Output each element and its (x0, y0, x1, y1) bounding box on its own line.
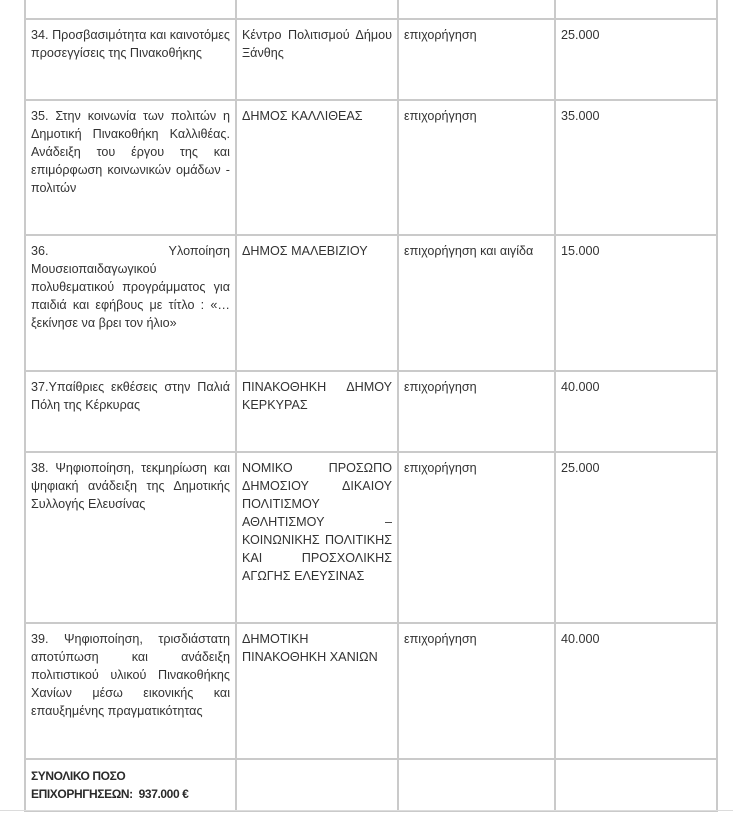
cell-support-type: επιχορήγηση (398, 623, 555, 759)
cell-beneficiary: ΠΙΝΑΚΟΘΗΚΗ ΔΗΜΟΥ ΚΕΡΚΥΡΑΣ (236, 371, 398, 452)
table-row: 37.Υπαίθριες εκθέσεις στην Παλιά Πόλη τη… (25, 371, 717, 452)
table-row: 36. Υλοποίηση Μουσειοπαιδαγωγικού πολυθε… (25, 235, 717, 371)
document-page: 34. Προσβασιμότητα και καινοτόμες προσεγ… (24, 0, 716, 812)
cell-beneficiary: ΔΗΜΟΣ ΚΑΛΛΙΘΕΑΣ (236, 100, 398, 235)
cell-beneficiary: Κέντρο Πολιτισμού Δήμου Ξάνθης (236, 19, 398, 100)
total-label-line1: ΣΥΝΟΛΙΚΟ ΠΟΣΟ (31, 767, 230, 785)
cell-support-type (398, 0, 555, 19)
cell-project: 35. Στην κοινωνία των πολιτών η Δημοτική… (25, 100, 236, 235)
cell-project: 38. Ψηφιοποίηση, τεκμηρίωση και ψηφιακή … (25, 452, 236, 623)
cell-total-label: ΣΥΝΟΛΙΚΟ ΠΟΣΟ ΕΠΙΧΟΡΗΓΗΣΕΩΝ: 937.000 € (25, 759, 236, 811)
cell-project: 34. Προσβασιμότητα και καινοτόμες προσεγ… (25, 19, 236, 100)
cell-amount: 15.000 (555, 235, 717, 371)
total-row: ΣΥΝΟΛΙΚΟ ΠΟΣΟ ΕΠΙΧΟΡΗΓΗΣΕΩΝ: 937.000 € (25, 759, 717, 811)
cell-beneficiary: ΔΗΜΟΣ ΜΑΛΕΒΙΖΙΟΥ (236, 235, 398, 371)
page-bottom-divider (0, 810, 733, 811)
cell-amount: 40.000 (555, 623, 717, 759)
cell-support-type: επιχορήγηση (398, 371, 555, 452)
cell-project: 37.Υπαίθριες εκθέσεις στην Παλιά Πόλη τη… (25, 371, 236, 452)
cell-amount: 40.000 (555, 371, 717, 452)
cell-amount: 25.000 (555, 452, 717, 623)
cell-support-type: επιχορήγηση (398, 19, 555, 100)
cell-empty (236, 759, 398, 811)
cell-beneficiary: ΔΗΜΟΤΙΚΗ ΠΙΝΑΚΟΘΗΚΗ ΧΑΝΙΩΝ (236, 623, 398, 759)
grants-table: 34. Προσβασιμότητα και καινοτόμες προσεγ… (24, 0, 718, 812)
cell-project (25, 0, 236, 19)
cell-support-type: επιχορήγηση (398, 452, 555, 623)
cell-project: 39. Ψηφιοποίηση, τρισδιάστατη αποτύπωση … (25, 623, 236, 759)
table-row: 39. Ψηφιοποίηση, τρισδιάστατη αποτύπωση … (25, 623, 717, 759)
cell-support-type: επιχορήγηση και αιγίδα (398, 235, 555, 371)
cell-empty (555, 759, 717, 811)
table-row: 38. Ψηφιοποίηση, τεκμηρίωση και ψηφιακή … (25, 452, 717, 623)
cell-amount (555, 0, 717, 19)
cell-empty (398, 759, 555, 811)
cell-beneficiary: ΝΟΜΙΚΟ ΠΡΟΣΩΠΟ ΔΗΜΟΣΙΟΥ ΔΙΚΑΙΟΥ ΠΟΛΙΤΙΣΜ… (236, 452, 398, 623)
cell-amount: 25.000 (555, 19, 717, 100)
cell-beneficiary (236, 0, 398, 19)
total-label-line2: ΕΠΙΧΟΡΗΓΗΣΕΩΝ: 937.000 € (31, 785, 230, 803)
table-row: 34. Προσβασιμότητα και καινοτόμες προσεγ… (25, 19, 717, 100)
cell-support-type: επιχορήγηση (398, 100, 555, 235)
table-row: 35. Στην κοινωνία των πολιτών η Δημοτική… (25, 100, 717, 235)
cell-amount: 35.000 (555, 100, 717, 235)
table-row-previous-partial (25, 0, 717, 19)
cell-project: 36. Υλοποίηση Μουσειοπαιδαγωγικού πολυθε… (25, 235, 236, 371)
